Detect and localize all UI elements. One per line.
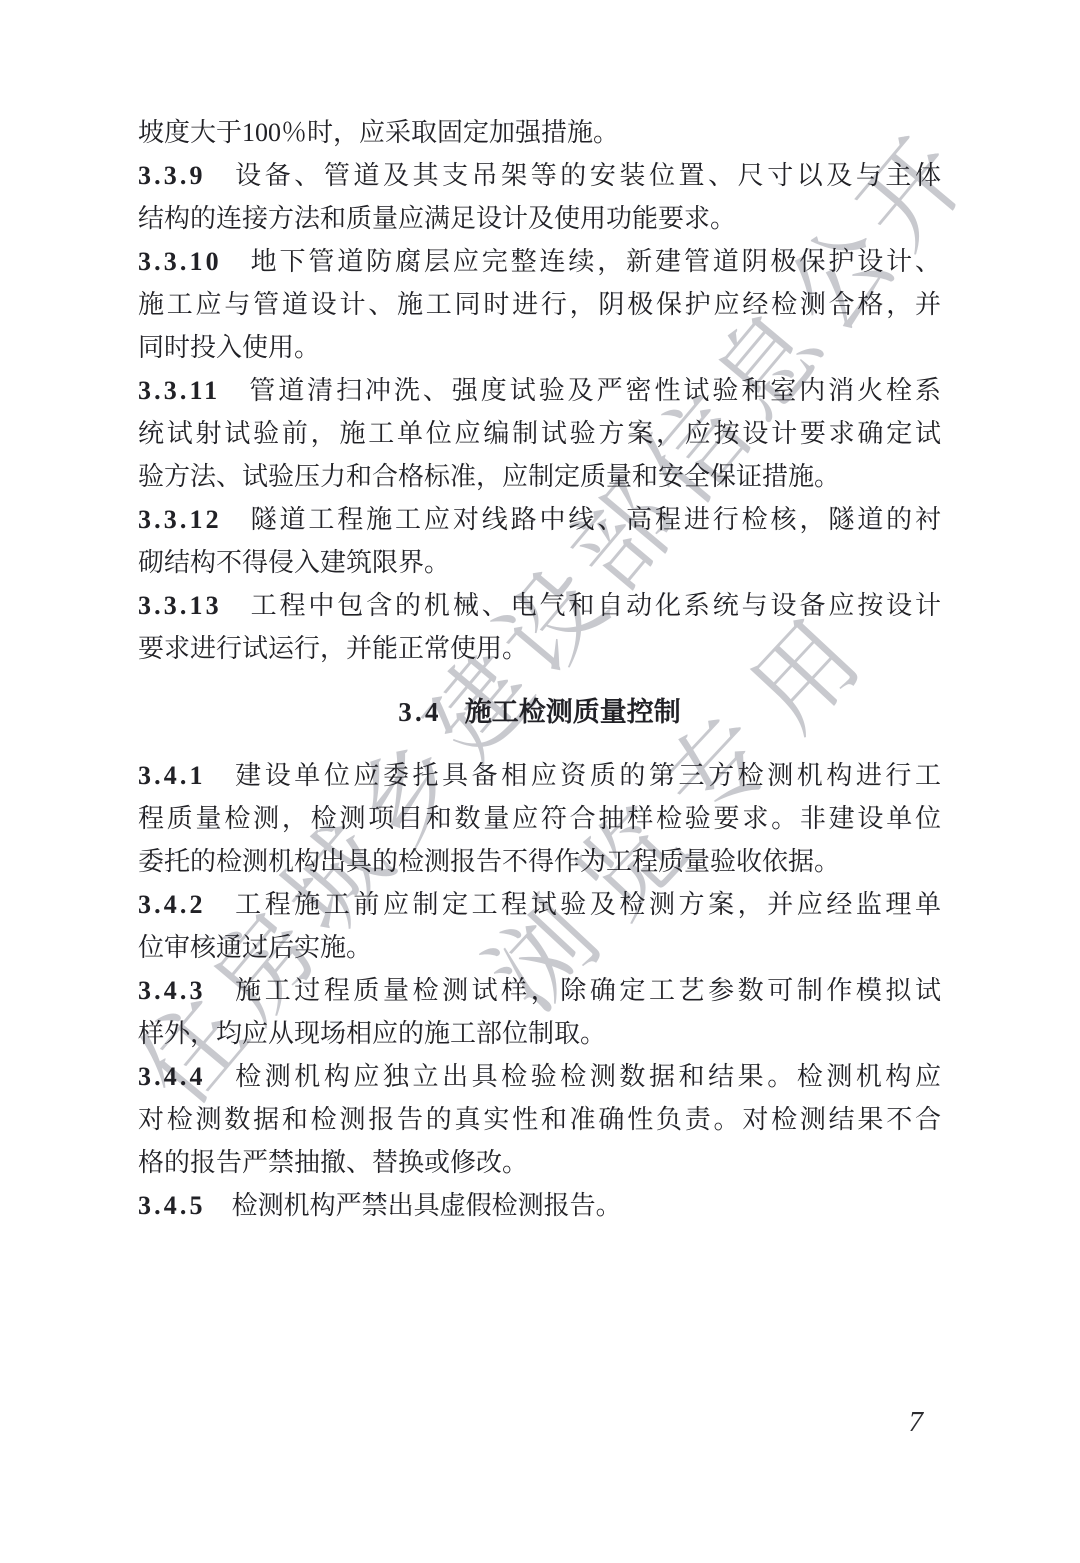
clause-number: 3.4.5 <box>138 1191 206 1220</box>
clause-text: 设备、管道及其支吊架等的安装位置、尺寸以及与主体 <box>232 161 941 190</box>
paragraph: 3.3.10地下管道防腐层应完整连续，新建管道阴极保护设计、施工应与管道设计、施… <box>138 240 941 369</box>
paragraph-line: 程质量检测，检测项目和数量应符合抽样检验要求。非建设单位 <box>138 797 941 840</box>
paragraph-line: 3.4.3施工过程质量检测试样，除确定工艺参数可制作模拟试 <box>138 969 941 1012</box>
paragraph-line: 3.3.12隧道工程施工应对线路中线、高程进行检核，隧道的衬 <box>138 498 941 541</box>
clause-text: 工程施工前应制定工程试验及检测方案，并应经监理单 <box>232 890 941 919</box>
clause-text: 管道清扫冲洗、强度试验及严密性试验和室内消火栓系 <box>246 376 941 405</box>
paragraph: 3.4.1建设单位应委托具备相应资质的第三方检测机构进行工程质量检测，检测项目和… <box>138 754 941 883</box>
section-heading: 3.4施工检测质量控制 <box>138 691 941 734</box>
paragraph-line: 统试射试验前，施工单位应编制试验方案，应按设计要求确定试 <box>138 412 941 455</box>
paragraph-line: 要求进行试运行，并能正常使用。 <box>138 627 941 670</box>
paragraph-line: 3.4.4检测机构应独立出具检验检测数据和结果。检测机构应 <box>138 1055 941 1098</box>
paragraph: 坡度大于100％时，应采取固定加强措施。 <box>138 111 941 154</box>
paragraph-line: 验方法、试验压力和合格标准，应制定质量和安全保证措施。 <box>138 455 941 498</box>
paragraph-line: 位审核通过后实施。 <box>138 926 941 969</box>
paragraph: 3.3.11管道清扫冲洗、强度试验及严密性试验和室内消火栓系统试射试验前，施工单… <box>138 369 941 498</box>
page-number: 7 <box>909 1406 924 1439</box>
clause-number: 3.4.4 <box>138 1062 206 1091</box>
clause-number: 3.3.11 <box>138 376 220 405</box>
paragraph: 3.4.3施工过程质量检测试样，除确定工艺参数可制作模拟试样外，均应从现场相应的… <box>138 969 941 1055</box>
clause-text: 检测机构严禁出具虚假检测报告。 <box>232 1191 622 1220</box>
paragraph-line: 坡度大于100％时，应采取固定加强措施。 <box>138 111 941 154</box>
clause-number: 3.3.12 <box>138 505 222 534</box>
paragraph-line: 同时投入使用。 <box>138 326 941 369</box>
section-heading-number: 3.4 <box>398 697 441 727</box>
clause-text: 委托的检测机构出具的检测报告不得作为工程质量验收依据。 <box>138 847 840 876</box>
clause-text: 工程中包含的机械、电气和自动化系统与设备应按设计 <box>248 591 941 620</box>
paragraph-line: 3.3.13工程中包含的机械、电气和自动化系统与设备应按设计 <box>138 584 941 627</box>
clause-text: 地下管道防腐层应完整连续，新建管道阴极保护设计、 <box>248 247 941 276</box>
clause-text: 隧道工程施工应对线路中线、高程进行检核，隧道的衬 <box>248 505 941 534</box>
clause-text: 位审核通过后实施。 <box>138 933 372 962</box>
clause-text: 格的报告严禁抽撤、替换或修改。 <box>138 1148 528 1177</box>
paragraph-line: 格的报告严禁抽撤、替换或修改。 <box>138 1141 941 1184</box>
clause-number: 3.3.9 <box>138 161 206 190</box>
paragraph: 3.3.12隧道工程施工应对线路中线、高程进行检核，隧道的衬砌结构不得侵入建筑限… <box>138 498 941 584</box>
clause-text: 样外，均应从现场相应的施工部位制取。 <box>138 1019 606 1048</box>
clause-text: 坡度大于100％时，应采取固定加强措施。 <box>138 118 619 147</box>
paragraph-line: 3.3.10地下管道防腐层应完整连续，新建管道阴极保护设计、 <box>138 240 941 283</box>
clause-text: 要求进行试运行，并能正常使用。 <box>138 634 528 663</box>
clause-number: 3.3.10 <box>138 247 222 276</box>
clause-text: 施工过程质量检测试样，除确定工艺参数可制作模拟试 <box>232 976 941 1005</box>
paragraph-line: 结构的连接方法和质量应满足设计及使用功能要求。 <box>138 197 941 240</box>
paragraph-line: 3.4.2工程施工前应制定工程试验及检测方案，并应经监理单 <box>138 883 941 926</box>
clause-text: 结构的连接方法和质量应满足设计及使用功能要求。 <box>138 204 736 233</box>
paragraph-line: 3.4.1建设单位应委托具备相应资质的第三方检测机构进行工 <box>138 754 941 797</box>
document-content: 坡度大于100％时，应采取固定加强措施。3.3.9设备、管道及其支吊架等的安装位… <box>138 111 941 1227</box>
clause-text: 砌结构不得侵入建筑限界。 <box>138 548 450 577</box>
clause-number: 3.4.1 <box>138 761 206 790</box>
paragraph-line: 3.4.5检测机构严禁出具虚假检测报告。 <box>138 1184 941 1227</box>
clause-number: 3.4.2 <box>138 890 206 919</box>
clause-text: 施工应与管道设计、施工同时进行，阴极保护应经检测合格，并 <box>138 290 941 319</box>
clause-number: 3.4.3 <box>138 976 206 1005</box>
paragraph: 3.4.5检测机构严禁出具虚假检测报告。 <box>138 1184 941 1227</box>
clause-text: 建设单位应委托具备相应资质的第三方检测机构进行工 <box>232 761 941 790</box>
section-heading-title: 施工检测质量控制 <box>465 697 681 727</box>
paragraph: 3.3.13工程中包含的机械、电气和自动化系统与设备应按设计要求进行试运行，并能… <box>138 584 941 670</box>
paragraph-line: 对检测数据和检测报告的真实性和准确性负责。对检测结果不合 <box>138 1098 941 1141</box>
paragraph-line: 委托的检测机构出具的检测报告不得作为工程质量验收依据。 <box>138 840 941 883</box>
clause-text: 程质量检测，检测项目和数量应符合抽样检验要求。非建设单位 <box>138 804 941 833</box>
paragraph-line: 3.3.9设备、管道及其支吊架等的安装位置、尺寸以及与主体 <box>138 154 941 197</box>
paragraph: 3.4.4检测机构应独立出具检验检测数据和结果。检测机构应对检测数据和检测报告的… <box>138 1055 941 1184</box>
clause-number: 3.3.13 <box>138 591 222 620</box>
clause-text: 统试射试验前，施工单位应编制试验方案，应按设计要求确定试 <box>138 419 941 448</box>
clause-text: 同时投入使用。 <box>138 333 320 362</box>
clause-text: 检测机构应独立出具检验检测数据和结果。检测机构应 <box>232 1062 941 1091</box>
clause-text: 对检测数据和检测报告的真实性和准确性负责。对检测结果不合 <box>138 1105 941 1134</box>
paragraph-line: 3.3.11管道清扫冲洗、强度试验及严密性试验和室内消火栓系 <box>138 369 941 412</box>
clause-text: 验方法、试验压力和合格标准，应制定质量和安全保证措施。 <box>138 462 840 491</box>
paragraph-line: 样外，均应从现场相应的施工部位制取。 <box>138 1012 941 1055</box>
paragraph-line: 砌结构不得侵入建筑限界。 <box>138 541 941 584</box>
paragraph: 3.4.2工程施工前应制定工程试验及检测方案，并应经监理单位审核通过后实施。 <box>138 883 941 969</box>
paragraph: 3.3.9设备、管道及其支吊架等的安装位置、尺寸以及与主体结构的连接方法和质量应… <box>138 154 941 240</box>
document-page: 住房城乡建设部信息公开 浏览专用 坡度大于100％时，应采取固定加强措施。3.3… <box>0 0 1080 1563</box>
paragraph-line: 施工应与管道设计、施工同时进行，阴极保护应经检测合格，并 <box>138 283 941 326</box>
